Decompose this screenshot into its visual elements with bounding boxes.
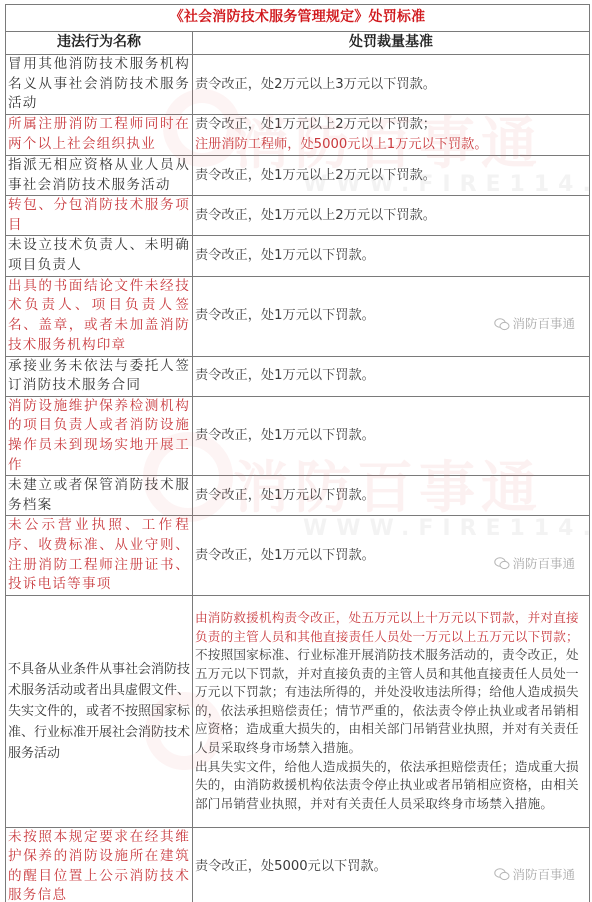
table-row: 所属注册消防工程师同时在两个以上社会组织执业 责令改正，处1万元以上2万元以下罚… (6, 115, 590, 156)
table-row: 转包、分包消防技术服务项目 责令改正，处1万元以上2万元以下罚款。 (6, 196, 590, 236)
violation-name: 未公示营业执照、工作程序、收费标准、从业守则、注册消防工程师注册证书、投诉电话等… (6, 516, 193, 595)
table-row: 出具的书面结论文件未经技术负责人、项目负责人签名、盖章，或者未加盖消防技术服务机… (6, 276, 590, 356)
penalty-basis-engineer: 注册消防工程师，处5000元以上1万元以下罚款。 (195, 135, 587, 155)
penalty-basis: 责令改正，处1万元以上2万元以下罚款。 (193, 156, 590, 196)
penalty-basis: 责令改正，处1万元以下罚款。 (193, 476, 590, 516)
wechat-icon (494, 868, 510, 881)
penalty-basis: 责令改正，处1万元以下罚款。 (193, 236, 590, 276)
violation-name: 未按照本规定要求在经其维护保养的消防设施所在建筑的醒目位置上公示消防技术服务信息 (6, 827, 193, 902)
penalty-basis: 责令改正，处1万元以下罚款。 消防百事通 (193, 276, 590, 356)
violation-name: 指派无相应资格从业人员从事社会消防技术服务活动 (6, 156, 193, 196)
penalty-basis: 责令改正，处1万元以下罚款。 (193, 356, 590, 396)
table-row: 未设立技术负责人、未明确项目负责人 责令改正，处1万元以下罚款。 (6, 236, 590, 276)
table-row: 未按照本规定要求在经其维护保养的消防设施所在建筑的醒目位置上公示消防技术服务信息… (6, 827, 590, 902)
table-row: 承接业务未依法与委托人签订消防技术服务合同 责令改正，处1万元以下罚款。 (6, 356, 590, 396)
violation-name: 未建立或者保管消防技术服务档案 (6, 476, 193, 516)
penalty-basis: 责令改正，处1万元以下罚款。 (193, 396, 590, 475)
wechat-watermark: 消防百事通 (494, 554, 576, 574)
table-row: 指派无相应资格从业人员从事社会消防技术服务活动 责令改正，处1万元以上2万元以下… (6, 156, 590, 196)
violation-name: 冒用其他消防技术服务机构名义从事社会消防技术服务活动 (6, 55, 193, 115)
document-title: 《社会消防技术服务管理规定》处罚标准 (6, 5, 590, 32)
penalty-basis-text: 责令改正，处5000元以下罚款。 (195, 859, 387, 874)
penalty-standard-document: 消防百事通 WWW.FIRE114.CN 消防百事通 WWW.FIRE114.C… (5, 4, 589, 902)
penalty-basis-main: 责令改正，处1万元以上2万元以下罚款； (195, 115, 587, 135)
column-header-violation: 违法行为名称 (6, 32, 193, 55)
violation-name: 未设立技术负责人、未明确项目负责人 (6, 236, 193, 276)
table-row: 不具备从业条件从事社会消防技术服务活动或者出具虚假文件、失实文件的，或者不按照国… (6, 595, 590, 827)
table-row: 冒用其他消防技术服务机构名义从事社会消防技术服务活动 责令改正，处2万元以上3万… (6, 55, 590, 115)
table-title-row: 《社会消防技术服务管理规定》处罚标准 (6, 5, 590, 32)
wechat-icon (494, 318, 510, 331)
penalty-basis-main: 不按照国家标准、行业标准开展消防技术服务活动的，责令改正，处五万元以下罚款，并对… (195, 647, 579, 755)
penalty-basis-text: 责令改正，处1万元以下罚款。 (195, 308, 375, 323)
violation-name: 转包、分包消防技术服务项目 (6, 196, 193, 236)
wechat-watermark: 消防百事通 (494, 314, 576, 334)
violation-name: 所属注册消防工程师同时在两个以上社会组织执业 (6, 115, 193, 156)
wechat-watermark-label: 消防百事通 (513, 314, 576, 334)
penalty-basis: 责令改正，处5000元以下罚款。 消防百事通 (193, 827, 590, 902)
violation-name: 不具备从业条件从事社会消防技术服务活动或者出具虚假文件、失实文件的，或者不按照国… (6, 595, 193, 827)
penalty-basis: 责令改正，处1万元以下罚款。 消防百事通 (193, 516, 590, 595)
wechat-watermark: 消防百事通 (494, 865, 576, 885)
penalty-basis: 由消防救援机构责令改正，处五万元以上十万元以下罚款，并对直接负责的主管人员和其他… (193, 595, 590, 827)
column-header-penalty: 处罚裁量基准 (193, 32, 590, 55)
wechat-icon (494, 557, 510, 570)
table-row: 未建立或者保管消防技术服务档案 责令改正，处1万元以下罚款。 (6, 476, 590, 516)
penalty-table: 《社会消防技术服务管理规定》处罚标准 违法行为名称 处罚裁量基准 冒用其他消防技… (5, 4, 590, 902)
violation-name: 消防设施维护保养检测机构的项目负责人或者消防设施操作员未到现场实地开展工作 (6, 396, 193, 475)
violation-name: 承接业务未依法与委托人签订消防技术服务合同 (6, 356, 193, 396)
wechat-watermark-label: 消防百事通 (513, 554, 576, 574)
penalty-basis: 责令改正，处2万元以上3万元以下罚款。 (193, 55, 590, 115)
penalty-basis-text: 责令改正，处1万元以下罚款。 (195, 548, 375, 563)
violation-name: 出具的书面结论文件未经技术负责人、项目负责人签名、盖章，或者未加盖消防技术服务机… (6, 276, 193, 356)
table-header-row: 违法行为名称 处罚裁量基准 (6, 32, 590, 55)
table-row: 未公示营业执照、工作程序、收费标准、从业守则、注册消防工程师注册证书、投诉电话等… (6, 516, 590, 595)
penalty-basis-red: 由消防救援机构责令改正，处五万元以上十万元以下罚款，并对直接负责的主管人员和其他… (195, 610, 579, 644)
penalty-basis: 责令改正，处1万元以上2万元以下罚款。 (193, 196, 590, 236)
wechat-watermark-label: 消防百事通 (513, 865, 576, 885)
table-row: 消防设施维护保养检测机构的项目负责人或者消防设施操作员未到现场实地开展工作 责令… (6, 396, 590, 475)
penalty-basis-false-documents: 出具失实文件，给他人造成损失的，依法承担赔偿责任；造成重大损失的，由消防救援机构… (195, 758, 587, 814)
penalty-basis: 责令改正，处1万元以上2万元以下罚款； 注册消防工程师，处5000元以上1万元以… (193, 115, 590, 156)
